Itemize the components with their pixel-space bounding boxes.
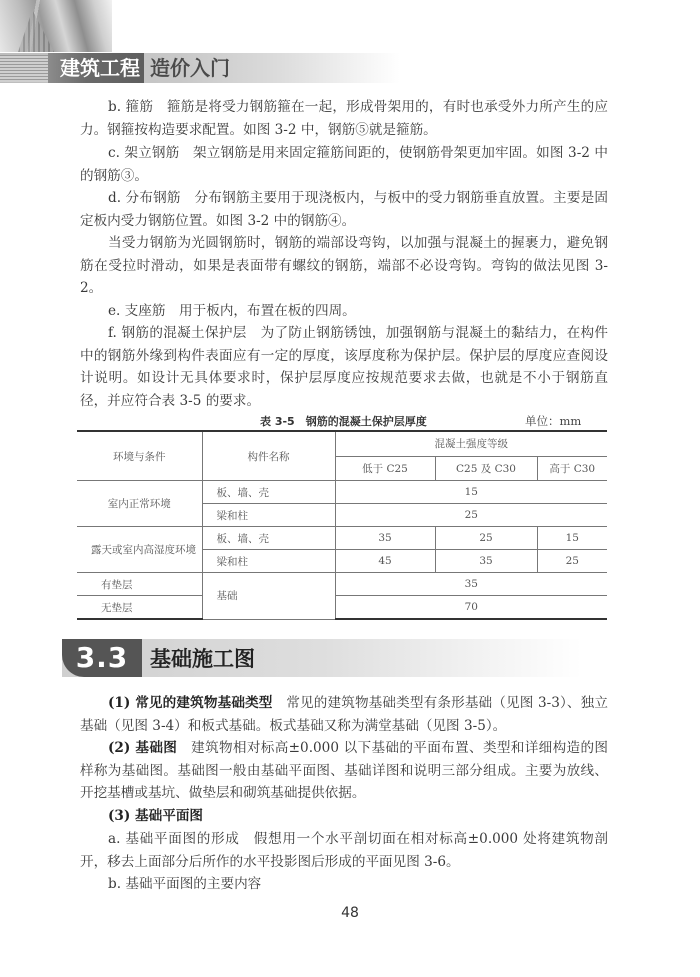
table-row: 室内正常环境 板、墙、壳 15	[77, 481, 607, 504]
cell-value: 25	[537, 550, 607, 573]
cell-env: 室内正常环境	[77, 481, 202, 527]
table-row: 无垫层 70	[77, 596, 607, 620]
table-row: 露天或室内高湿度环境 板、墙、壳 35 25 15	[77, 527, 607, 550]
cell-member: 板、墙、壳	[202, 527, 335, 550]
cell-value: 25	[435, 527, 537, 550]
paragraph-hook: 当受力钢筋为光圆钢筋时，钢筋的端部设弯钩，以加强与混凝土的握裹力，避免钢筋在受拉…	[80, 232, 608, 300]
cell-value: 15	[537, 527, 607, 550]
cell-env: 有垫层	[77, 573, 202, 596]
header-env: 环境与条件	[77, 431, 202, 481]
paragraph-foundation-plan-heading: (3) 基础平面图	[80, 805, 608, 828]
header-stripes-decoration	[0, 55, 48, 82]
book-title-rest: 造价入门	[150, 55, 230, 81]
paragraph-cover-layer: f. 钢筋的混凝土保护层 为了防止钢筋锈蚀，加强钢筋与混凝土的黏结力，在构件中的…	[80, 322, 608, 412]
term-label: a. 基础平面图的形成	[108, 831, 240, 847]
paragraph-distribution-bar: d. 分布钢筋 分布钢筋主要用于现浇板内，与板中的受力钢筋垂直放置。主要是固定板…	[80, 187, 608, 232]
table-unit: 单位：mm	[525, 413, 581, 429]
cell-value: 45	[335, 550, 435, 573]
cell-value: 25	[335, 504, 607, 527]
term-label: c. 架立钢筋	[108, 145, 179, 161]
term-label: (1) 常见的建筑物基础类型	[108, 695, 273, 711]
cell-member: 梁和柱	[202, 504, 335, 527]
term-label: f. 钢筋的混凝土保护层	[108, 325, 247, 341]
header-grade-group: 混凝土强度等级	[335, 431, 607, 456]
term-label: b. 基础平面图的主要内容	[108, 876, 261, 892]
section-number: 3.3	[62, 639, 142, 677]
table-caption: 表 3-5 钢筋的混凝土保护层厚度	[260, 413, 427, 429]
term-label: e. 支座筋	[108, 303, 165, 319]
table-row: 有垫层 基础 35	[77, 573, 607, 596]
paragraph-stirrup: b. 箍筋 箍筋是将受力钢筋箍在一起，形成骨架用的，有时也承受外力所产生的应力。…	[80, 96, 608, 141]
header-grade: 低于 C25	[335, 456, 435, 480]
header-building-photo	[0, 0, 112, 52]
section-title: 基础施工图	[150, 639, 255, 679]
cell-value: 35	[335, 527, 435, 550]
paragraph-support-bar: e. 支座筋 用于板内，布置在板的四周。	[80, 300, 608, 323]
paragraph-plan-formation: a. 基础平面图的形成 假想用一个水平剖切面在相对标高±0.000 处将建筑物剖…	[80, 828, 608, 873]
cell-value: 35	[335, 573, 607, 596]
term-label: d. 分布钢筋	[108, 190, 181, 206]
cell-value: 15	[335, 481, 607, 504]
term-label: (3) 基础平面图	[108, 808, 203, 824]
cell-member: 板、墙、壳	[202, 481, 335, 504]
paragraph-foundation-drawing: (2) 基础图 建筑物相对标高±0.000 以下基础的平面布置、类型和详细构造的…	[80, 737, 608, 805]
term-label: (2) 基础图	[108, 740, 177, 756]
paragraph-erection-bar: c. 架立钢筋 架立钢筋是用来固定箍筋间距的，使钢筋骨架更加牢固。如图 3-2 …	[80, 142, 608, 187]
paragraph-plan-contents: b. 基础平面图的主要内容	[80, 873, 608, 896]
book-title-highlight: 建筑工程	[60, 55, 140, 81]
cell-value: 35	[435, 550, 537, 573]
cell-env: 无垫层	[77, 596, 202, 620]
header-member: 构件名称	[202, 431, 335, 481]
cell-member: 梁和柱	[202, 550, 335, 573]
cell-value: 70	[335, 596, 607, 620]
cell-env: 露天或室内高湿度环境	[77, 527, 202, 573]
paragraph-foundation-types: (1) 常见的建筑物基础类型 常见的建筑物基础类型有条形基础（见图 3-3）、独…	[80, 692, 608, 737]
cell-member: 基础	[202, 573, 335, 620]
cover-thickness-table: 环境与条件 构件名称 混凝土强度等级 低于 C25 C25 及 C30 高于 C…	[77, 430, 607, 620]
header-grade: C25 及 C30	[435, 456, 537, 480]
header-grade: 高于 C30	[537, 456, 607, 480]
page-number: 48	[0, 905, 700, 921]
term-label: b. 箍筋	[108, 99, 153, 115]
